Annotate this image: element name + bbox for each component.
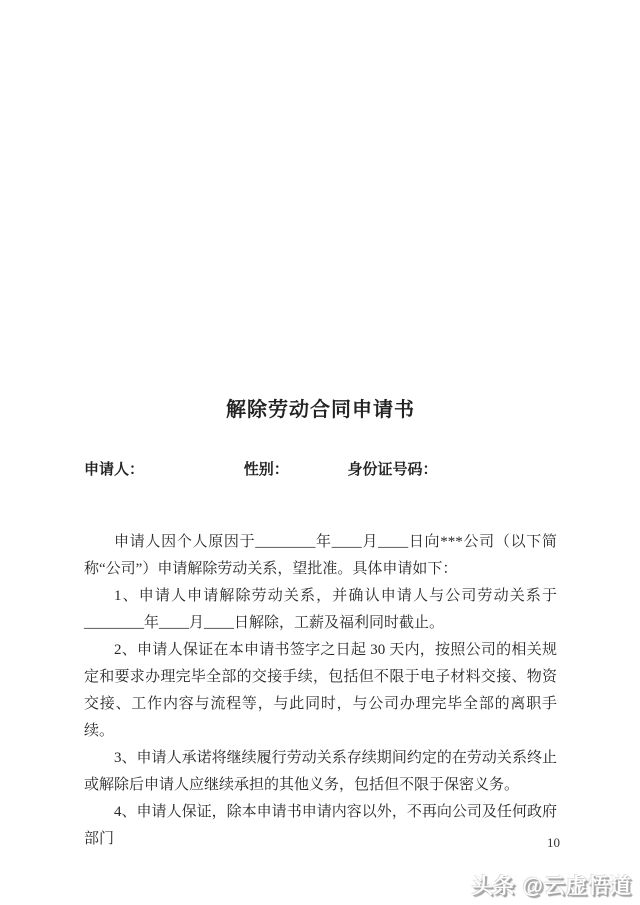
- paragraph-intro: 申请人因个人原因于________年____月____日向***公司（以下简称“…: [84, 529, 557, 583]
- applicant-info-row: 申请人： 性别： 身份证号码：: [84, 458, 557, 479]
- paragraph-item-3: 3、申请人承诺将继续履行劳动关系存续期间约定的在劳动关系终止或解除后申请人应继续…: [84, 745, 557, 799]
- applicant-label: 申请人：: [84, 458, 240, 479]
- paragraph-item-2: 2、申请人保证在本申请书签字之日起 30 天内，按照公司的相关规定和要求办理完毕…: [84, 637, 557, 745]
- document-body: 申请人因个人原因于________年____月____日向***公司（以下简称“…: [84, 529, 557, 853]
- toutiao-watermark: 头条 @云虚悟道: [472, 870, 632, 900]
- paragraph-item-4: 4、申请人保证，除本申请书申请内容以外，不再向公司及任何政府部门: [84, 799, 557, 853]
- page-number: 10: [547, 835, 560, 851]
- paragraph-item-1: 1、申请人申请解除劳动关系，并确认申请人与公司劳动关系于________年___…: [84, 583, 557, 637]
- id-number-label: 身份证号码：: [348, 458, 438, 479]
- document-title: 解除劳动合同申请书: [84, 393, 557, 422]
- gender-label: 性别：: [244, 458, 344, 479]
- document-page: 解除劳动合同申请书 申请人： 性别： 身份证号码： 申请人因个人原因于_____…: [0, 0, 640, 905]
